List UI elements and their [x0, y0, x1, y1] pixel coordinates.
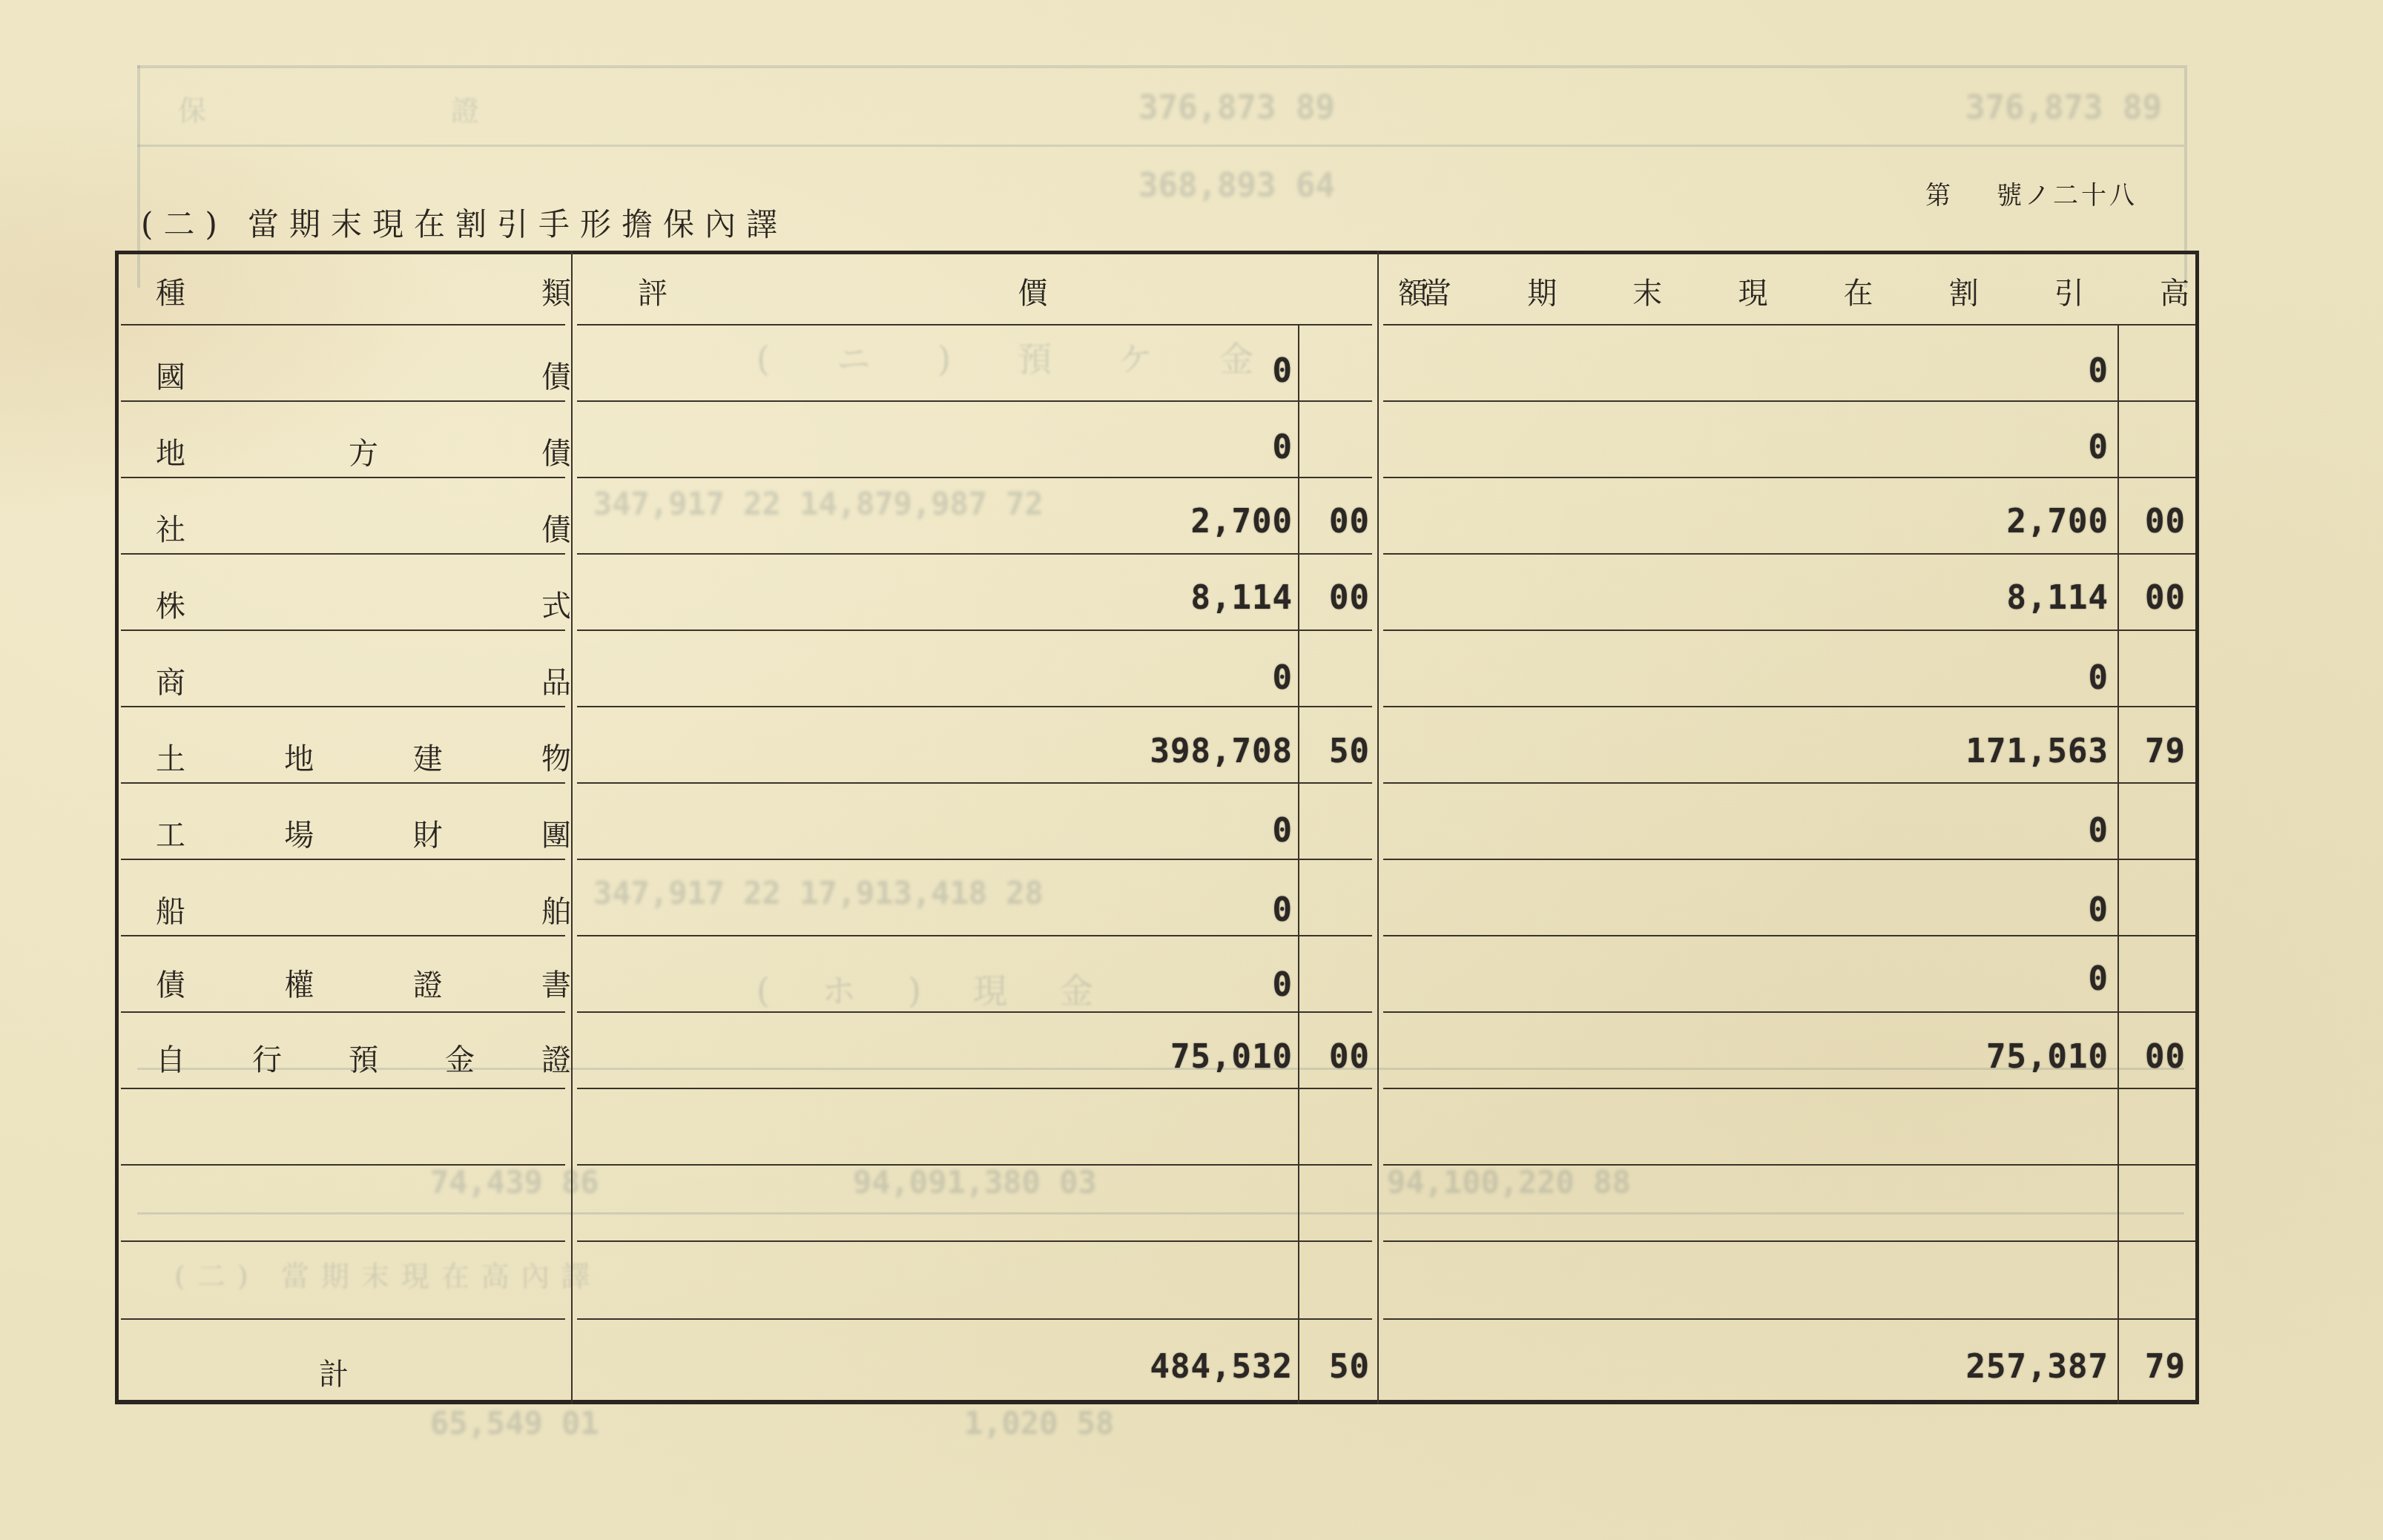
total-valuation-yen: 484,532	[1150, 1348, 1293, 1386]
row-label: 株 式	[156, 583, 571, 625]
discount-yen: 0	[2089, 352, 2109, 390]
header-discount-char: 當	[1422, 270, 1451, 312]
valuation-yen: 2,700	[1191, 503, 1293, 541]
row-label: 地 方 債	[156, 430, 571, 472]
valuation-yen: 0	[1273, 429, 1293, 466]
discount-sen: 00	[2145, 579, 2186, 617]
row-label-char: 社	[156, 506, 185, 549]
table-row: 工 場 財 團 0 0	[115, 782, 2199, 859]
bleed-number: 65,549 01	[430, 1405, 599, 1441]
row-rule	[1383, 1164, 2195, 1166]
total-row: 計 484,532 50 257,387 79	[115, 1318, 2199, 1400]
valuation-yen: 8,114	[1191, 579, 1293, 617]
row-label-char: 證	[413, 962, 443, 1004]
bleed-line	[137, 145, 2184, 147]
discount-yen: 0	[2089, 429, 2109, 466]
discount-yen: 2,700	[2007, 503, 2109, 541]
header-valuation-char: 價	[1018, 270, 1048, 312]
page-number-label: 第號ノ二十八	[1925, 175, 2138, 211]
discount-sen: 00	[2145, 1038, 2186, 1076]
row-label-char: 國	[156, 354, 185, 396]
discount-sen: 00	[2145, 503, 2186, 541]
total-discount-yen: 257,387	[1966, 1348, 2109, 1386]
bleed-number: 376,873 89	[1965, 89, 2162, 127]
row-label-char: 證	[541, 1037, 571, 1079]
row-label-char: 行	[252, 1037, 282, 1079]
table-row: 自 行 預 金 證 75,010 00 75,010 00	[115, 1011, 2199, 1088]
valuation-sen: 00	[1329, 579, 1370, 617]
discount-yen: 0	[2089, 960, 2109, 998]
row-rule	[121, 1240, 565, 1242]
row-label-char: 書	[541, 962, 571, 1004]
row-label-char: 團	[541, 812, 571, 854]
row-rule	[577, 1088, 1372, 1089]
row-label-char: 建	[413, 736, 443, 778]
bleed-number: 1,020 58	[964, 1405, 1114, 1441]
row-rule	[1383, 1240, 2195, 1242]
table-row: 株 式 8,114 00 8,114 00	[115, 553, 2199, 629]
page-label-prefix: 第	[1925, 181, 1954, 211]
bleed-text: 保證	[178, 87, 724, 128]
table-row: 社 債 2,700 00 2,700 00	[115, 477, 2199, 553]
valuation-yen: 0	[1273, 352, 1293, 390]
header-discount-char: 現	[1738, 270, 1767, 312]
table-row: 國 債 0 0	[115, 324, 2199, 400]
row-label-char: 式	[541, 583, 571, 625]
valuation-yen: 75,010	[1170, 1038, 1293, 1076]
row-label-char: 預	[349, 1037, 378, 1079]
total-label: 計	[319, 1351, 349, 1393]
header-discount-char: 高	[2160, 270, 2189, 312]
header-type-char: 種	[156, 270, 185, 312]
discount-yen: 171,563	[1966, 733, 2109, 770]
row-rule	[577, 1164, 1372, 1166]
total-valuation-sen: 50	[1329, 1348, 1370, 1386]
discount-sen: 79	[2145, 733, 2186, 770]
valuation-yen: 398,708	[1150, 733, 1293, 770]
header-discount-char: 末	[1632, 270, 1662, 312]
header-discount-char: 期	[1527, 270, 1557, 312]
row-label-char: 債	[156, 962, 185, 1004]
row-label-char: 債	[541, 354, 571, 396]
valuation-sen: 00	[1329, 1038, 1370, 1076]
discount-yen: 0	[2089, 659, 2109, 697]
row-label-char: 財	[413, 812, 443, 854]
bleed-number: 376,873 89	[1138, 89, 1335, 127]
table-row: 船 舶 0 0	[115, 859, 2199, 935]
valuation-sen: 50	[1329, 733, 1370, 770]
row-label: 船 舶	[156, 888, 571, 931]
row-label-char: 債	[541, 506, 571, 549]
row-label: 債 權 證 書	[156, 962, 571, 1004]
section-title: (二) 當期末現在割引手形擔保內譯	[141, 200, 788, 245]
header-discount-char: 引	[2054, 270, 2084, 312]
collateral-breakdown-table: 種 類 評 價 額 當 期 末 現 在 割 引 高 國 債 0 0 地 方 債 …	[115, 251, 2199, 1404]
discount-yen: 75,010	[1986, 1038, 2109, 1076]
row-label-char: 自	[156, 1037, 185, 1079]
table-row: 土 地 建 物 398,708 50 171,563 79	[115, 706, 2199, 782]
discount-yen: 0	[2089, 812, 2109, 850]
row-rule	[121, 1088, 565, 1089]
valuation-yen: 0	[1273, 891, 1293, 929]
bleed-line	[137, 65, 2184, 68]
row-label-char: 船	[156, 888, 185, 931]
row-label: 自 行 預 金 證	[156, 1037, 571, 1079]
row-label-char: 債	[541, 430, 571, 472]
table-border-top	[115, 251, 2199, 254]
row-rule	[1383, 1088, 2195, 1089]
total-discount-sen: 79	[2145, 1348, 2186, 1386]
bleed-number: 368,893 64	[1138, 167, 1335, 205]
discount-yen: 8,114	[2007, 579, 2109, 617]
valuation-sen: 00	[1329, 503, 1370, 541]
row-label-char: 商	[156, 659, 185, 701]
row-label: 社 債	[156, 506, 571, 549]
row-label: 工 場 財 團	[156, 812, 571, 854]
header-valuation: 評 價 額	[638, 270, 1428, 312]
header-discount: 當 期 末 現 在 割 引 高	[1422, 270, 2189, 312]
row-label-char: 地	[156, 430, 185, 472]
table-row: 商 品 0 0	[115, 629, 2199, 706]
row-label: 國 債	[156, 354, 571, 396]
row-label-char: 地	[284, 736, 314, 778]
row-label-char: 株	[156, 583, 185, 625]
row-label-char: 場	[284, 812, 314, 854]
row-rule	[577, 1240, 1372, 1242]
row-label-char: 土	[156, 736, 185, 778]
row-label-char: 品	[541, 659, 571, 701]
header-type-char: 類	[541, 270, 571, 312]
row-label-char: 方	[349, 430, 378, 472]
row-label-char: 工	[156, 812, 185, 854]
valuation-yen: 0	[1273, 966, 1293, 1004]
row-rule	[121, 1164, 565, 1166]
table-row: 地 方 債 0 0	[115, 400, 2199, 477]
header-discount-char: 在	[1844, 270, 1873, 312]
header-valuation-char: 評	[638, 270, 668, 312]
row-label: 商 品	[156, 659, 571, 701]
valuation-yen: 0	[1273, 812, 1293, 850]
row-label: 土 地 建 物	[156, 736, 571, 778]
row-label-char: 物	[541, 736, 571, 778]
table-border-bottom	[115, 1400, 2199, 1404]
discount-yen: 0	[2089, 891, 2109, 929]
table-row: 債 權 證 書 0 0	[115, 935, 2199, 1011]
valuation-yen: 0	[1273, 659, 1293, 697]
row-label-char: 舶	[541, 888, 571, 931]
header-discount-char: 割	[1949, 270, 1979, 312]
row-label-char: 金	[445, 1037, 475, 1079]
page-label-suffix: 號ノ二十八	[1997, 181, 2138, 211]
header-type: 種 類	[156, 270, 571, 312]
row-label-char: 權	[284, 962, 314, 1004]
